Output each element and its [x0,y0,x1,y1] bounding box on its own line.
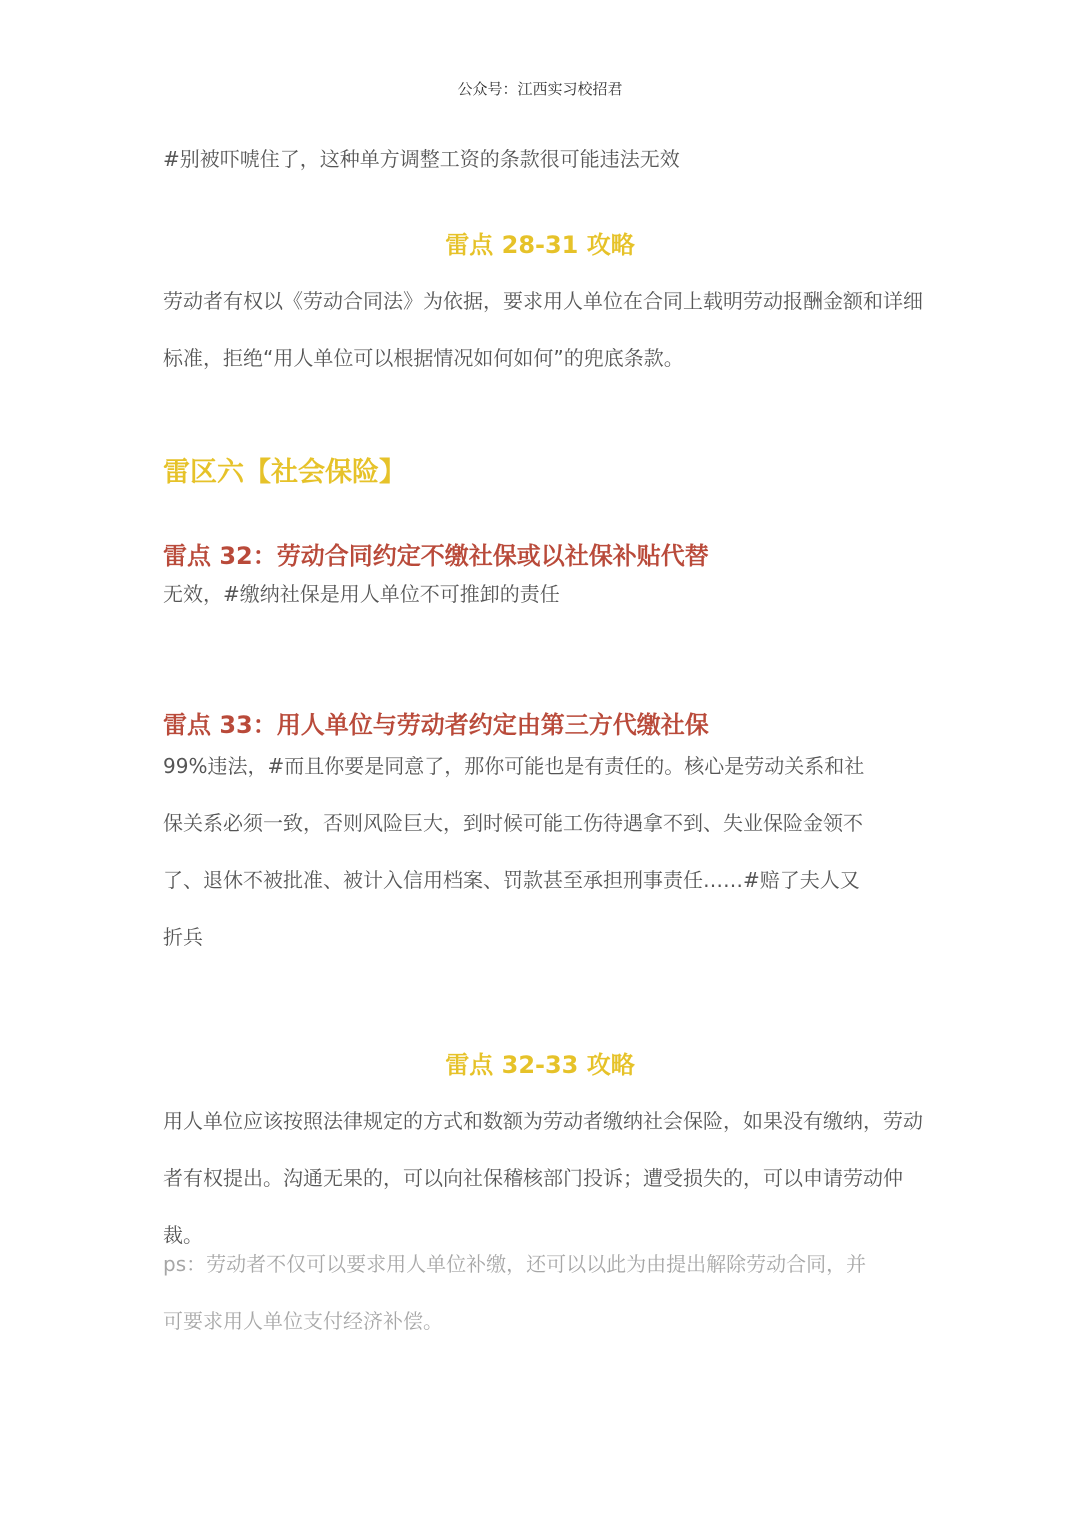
ps-note: ps：劳动者不仅可以要求用人单位补缴，还可以以此为由提出解除劳动合同，并 可要求… [163,1236,923,1350]
paragraph-line: 无效，#缴纳社保是用人单位不可推卸的责任 [163,566,923,623]
intro-text: #别被吓唬住了，这种单方调整工资的条款很可能违法无效 [163,131,923,188]
ps-line: ps：劳动者不仅可以要求用人单位补缴，还可以以此为由提出解除劳动合同，并 [163,1236,923,1293]
intro-paragraph: #别被吓唬住了，这种单方调整工资的条款很可能违法无效 [163,131,923,188]
ps-line: 可要求用人单位支付经济补偿。 [163,1293,923,1350]
strategy-32-33-title: 雷点 32-33 攻略 [0,1048,1080,1082]
strategy-28-31-title: 雷点 28-31 攻略 [0,228,1080,262]
paragraph-line: 用人单位应该按照法律规定的方式和数额为劳动者缴纳社会保险，如果没有缴纳，劳动 [163,1093,923,1150]
paragraph-line: 劳动者有权以《劳动合同法》为依据，要求用人单位在合同上载明劳动报酬金额和详细 [163,273,923,330]
zone-six-section: 雷区六【社会保险】 [163,453,923,493]
paragraph-line: 了、退休不被批准、被计入信用档案、罚款甚至承担刑事责任……#赔了夫人又 [163,852,923,909]
zone-six-title: 雷区六【社会保险】 [163,453,923,493]
point-33-section: 雷点 33：用人单位与劳动者约定由第三方代缴社保 99%违法，#而且你要是同意了… [163,707,923,966]
paragraph-line: 99%违法，#而且你要是同意了，那你可能也是有责任的。核心是劳动关系和社 [163,738,923,795]
strategy-28-31-paragraph: 劳动者有权以《劳动合同法》为依据，要求用人单位在合同上载明劳动报酬金额和详细 标… [163,273,923,387]
paragraph-line: 折兵 [163,909,923,966]
paragraph-line: 保关系必须一致，否则风险巨大，到时候可能工伤待遇拿不到、失业保险金领不 [163,795,923,852]
paragraph-line: 标准，拒绝“用人单位可以根据情况如何如何”的兜底条款。 [163,330,923,387]
point-32-section: 雷点 32：劳动合同约定不缴社保或以社保补贴代替 无效，#缴纳社保是用人单位不可… [163,538,923,623]
account-header: 公众号：江西实习校招君 [0,78,1080,100]
